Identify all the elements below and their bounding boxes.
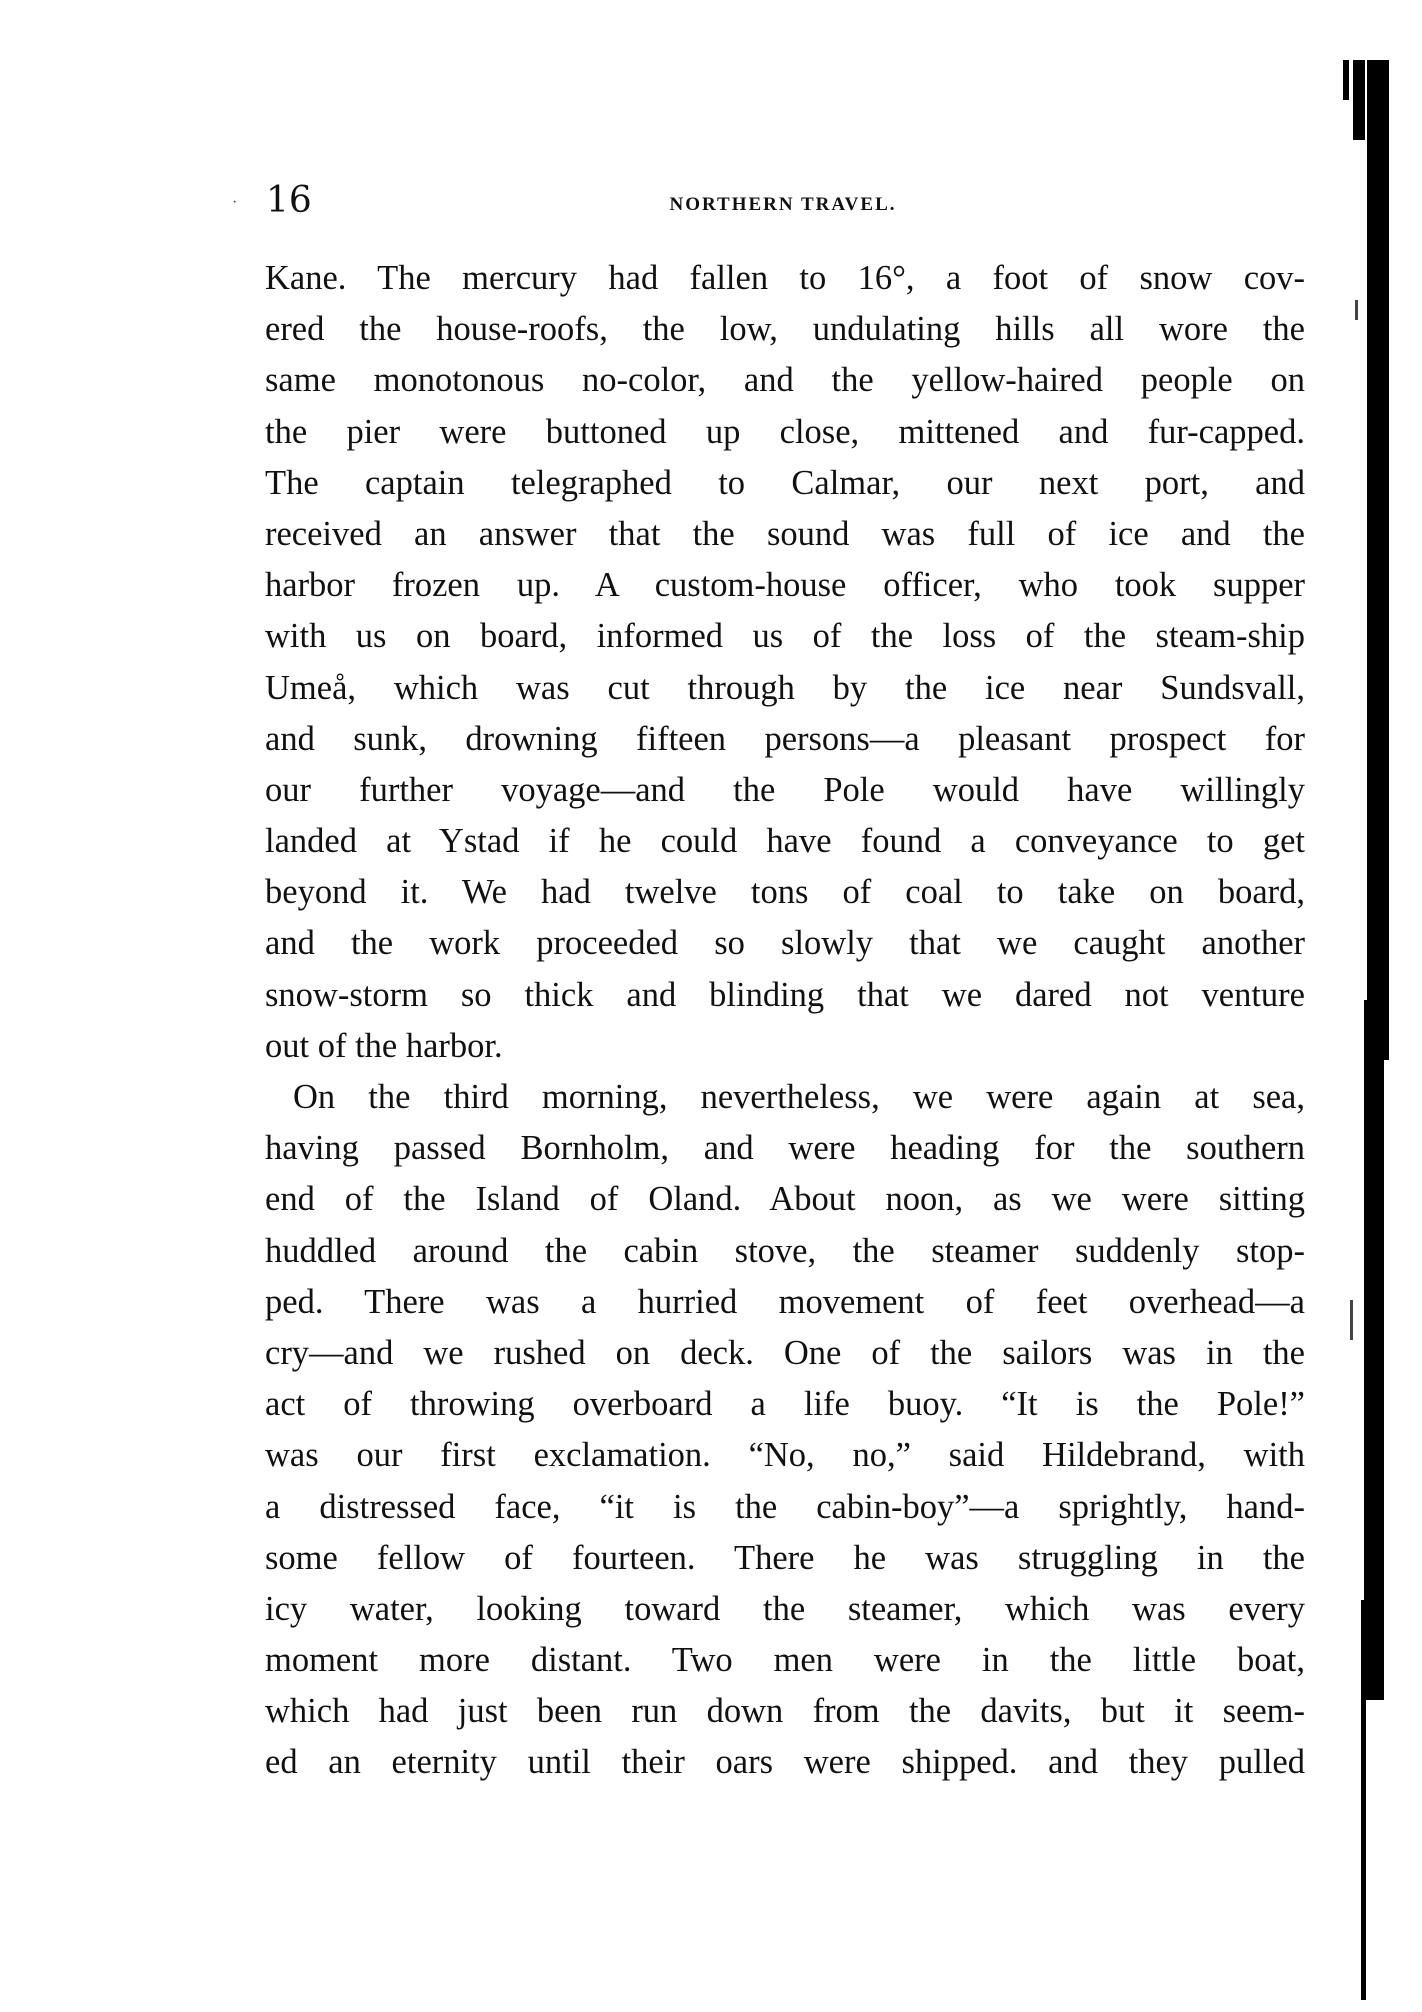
running-title: NORTHERN TRAVEL. — [258, 194, 1308, 216]
text-line: end of the Island of Oland. About noon, … — [265, 1174, 1305, 1225]
book-page: · 16 NORTHERN TRAVEL. Kane. The mercury … — [0, 0, 1422, 2012]
text-line: having passed Bornholm, and were heading… — [265, 1123, 1305, 1174]
text-line: and the work proceeded so slowly that we… — [265, 918, 1305, 969]
text-line: with us on board, informed us of the los… — [265, 611, 1305, 662]
text-line: same monotonous no-color, and the yellow… — [265, 355, 1305, 406]
text-line: which had just been run down from the da… — [265, 1686, 1305, 1737]
text-line: beyond it. We had twelve tons of coal to… — [265, 867, 1305, 918]
text-line: received an answer that the sound was fu… — [265, 509, 1305, 560]
text-line: was our first exclamation. “No, no,” sai… — [265, 1430, 1305, 1481]
text-line: and sunk, drowning fifteen persons—a ple… — [265, 714, 1305, 765]
text-line: moment more distant. Two men were in the… — [265, 1635, 1305, 1686]
text-line: act of throwing overboard a life buoy. “… — [265, 1379, 1305, 1430]
text-line: Umeå, which was cut through by the ice n… — [265, 663, 1305, 714]
text-line: icy water, looking toward the steamer, w… — [265, 1584, 1305, 1635]
text-line: a distressed face, “it is the cabin-boy”… — [265, 1482, 1305, 1533]
text-line: The captain telegraphed to Calmar, our n… — [265, 458, 1305, 509]
text-line: our further voyage—and the Pole would ha… — [265, 765, 1305, 816]
text-line: ered the house-roofs, the low, undulatin… — [265, 304, 1305, 355]
margin-mark: · — [232, 194, 237, 212]
text-line: cry—and we rushed on deck. One of the sa… — [265, 1328, 1305, 1379]
text-line: snow-storm so thick and blinding that we… — [265, 970, 1305, 1021]
text-line: huddled around the cabin stove, the stea… — [265, 1226, 1305, 1277]
text-line: ped. There was a hurried movement of fee… — [265, 1277, 1305, 1328]
text-line: out of the harbor. — [265, 1021, 1305, 1072]
text-line: ed an eternity until their oars were shi… — [265, 1737, 1305, 1788]
text-line: harbor frozen up. A custom-house officer… — [265, 560, 1305, 611]
text-line: landed at Ystad if he could have found a… — [265, 816, 1305, 867]
text-line: Kane. The mercury had fallen to 16°, a f… — [265, 253, 1305, 304]
page-header: · 16 NORTHERN TRAVEL. — [258, 180, 1308, 230]
body-text: Kane. The mercury had fallen to 16°, a f… — [265, 253, 1305, 1789]
text-line-paragraph-start: On the third morning, nevertheless, we w… — [265, 1072, 1305, 1123]
text-line: some fellow of fourteen. There he was st… — [265, 1533, 1305, 1584]
text-line: the pier were buttoned up close, mittene… — [265, 407, 1305, 458]
